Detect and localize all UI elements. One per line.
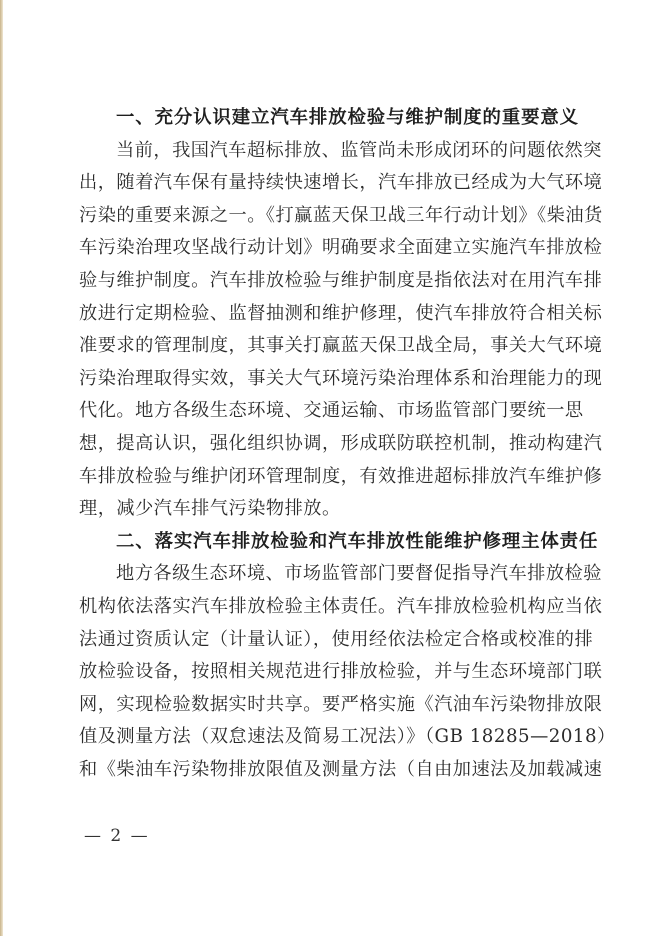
scan-edge [0, 0, 3, 936]
paragraph-line: 机构依法落实汽车排放检验主体责任。汽车排放检验机构应当依 [79, 591, 577, 624]
paragraph-line: 代化。地方各级生态环境、交通运输、市场监管部门要统一思 [79, 395, 577, 428]
paragraph-line: 准要求的管理制度，其事关打赢蓝天保卫战全局，事关大气环境 [79, 330, 577, 363]
paragraph-line: 当前，我国汽车超标排放、监管尚未形成闭环的问题依然突 [79, 135, 577, 168]
paragraph-line: 放检验设备，按照相关规范进行排放检验，并与生态环境部门联 [79, 656, 577, 689]
paragraph-line: 网，实现检验数据实时共享。要严格实施《汽油车污染物排放限 [79, 689, 577, 722]
section-1-paragraph: 当前，我国汽车超标排放、监管尚未形成闭环的问题依然突 出，随着汽车保有量持续快速… [79, 135, 577, 526]
paragraph-line: 地方各级生态环境、市场监管部门要督促指导汽车排放检验 [79, 558, 577, 591]
paragraph-line: 法通过资质认定（计量认证），使用经依法检定合格或校准的排 [79, 624, 577, 657]
document-page: 一、充分认识建立汽车排放检验与维护制度的重要意义 当前，我国汽车超标排放、监管尚… [79, 102, 577, 786]
section-heading-2: 二、落实汽车排放检验和汽车排放性能维护修理主体责任 [79, 526, 577, 559]
paragraph-line: 和《柴油车污染物排放限值及测量方法（自由加速法及加载减速 [79, 754, 577, 787]
paragraph-line: 想，提高认识，强化组织协调，形成联防联控机制，推动构建汽 [79, 428, 577, 461]
paragraph-line: 理，减少汽车排气污染物排放。 [79, 493, 577, 526]
section-heading-1: 一、充分认识建立汽车排放检验与维护制度的重要意义 [79, 102, 577, 135]
paragraph-line: 污染治理取得实效，事关大气环境污染治理体系和治理能力的现 [79, 363, 577, 396]
page-number: — 2 — [84, 826, 150, 846]
paragraph-line: 污染的重要来源之一。《打赢蓝天保卫战三年行动计划》《柴油货 [79, 200, 577, 233]
paragraph-line: 车排放检验与维护闭环管理制度，有效推进超标排放汽车维护修 [79, 461, 577, 494]
section-2-paragraph: 地方各级生态环境、市场监管部门要督促指导汽车排放检验 机构依法落实汽车排放检验主… [79, 558, 577, 786]
paragraph-line: 出，随着汽车保有量持续快速增长，汽车排放已经成为大气环境 [79, 167, 577, 200]
paragraph-line: 验与维护制度。汽车排放检验与维护制度是指依法对在用汽车排 [79, 265, 577, 298]
paragraph-line: 放进行定期检验、监督抽测和维护修理，使汽车排放符合相关标 [79, 298, 577, 331]
paragraph-line: 车污染治理攻坚战行动计划》明确要求全面建立实施汽车排放检 [79, 232, 577, 265]
paragraph-line: 值及测量方法（双怠速法及简易工况法）》（GB 18285—2018） [79, 721, 577, 754]
